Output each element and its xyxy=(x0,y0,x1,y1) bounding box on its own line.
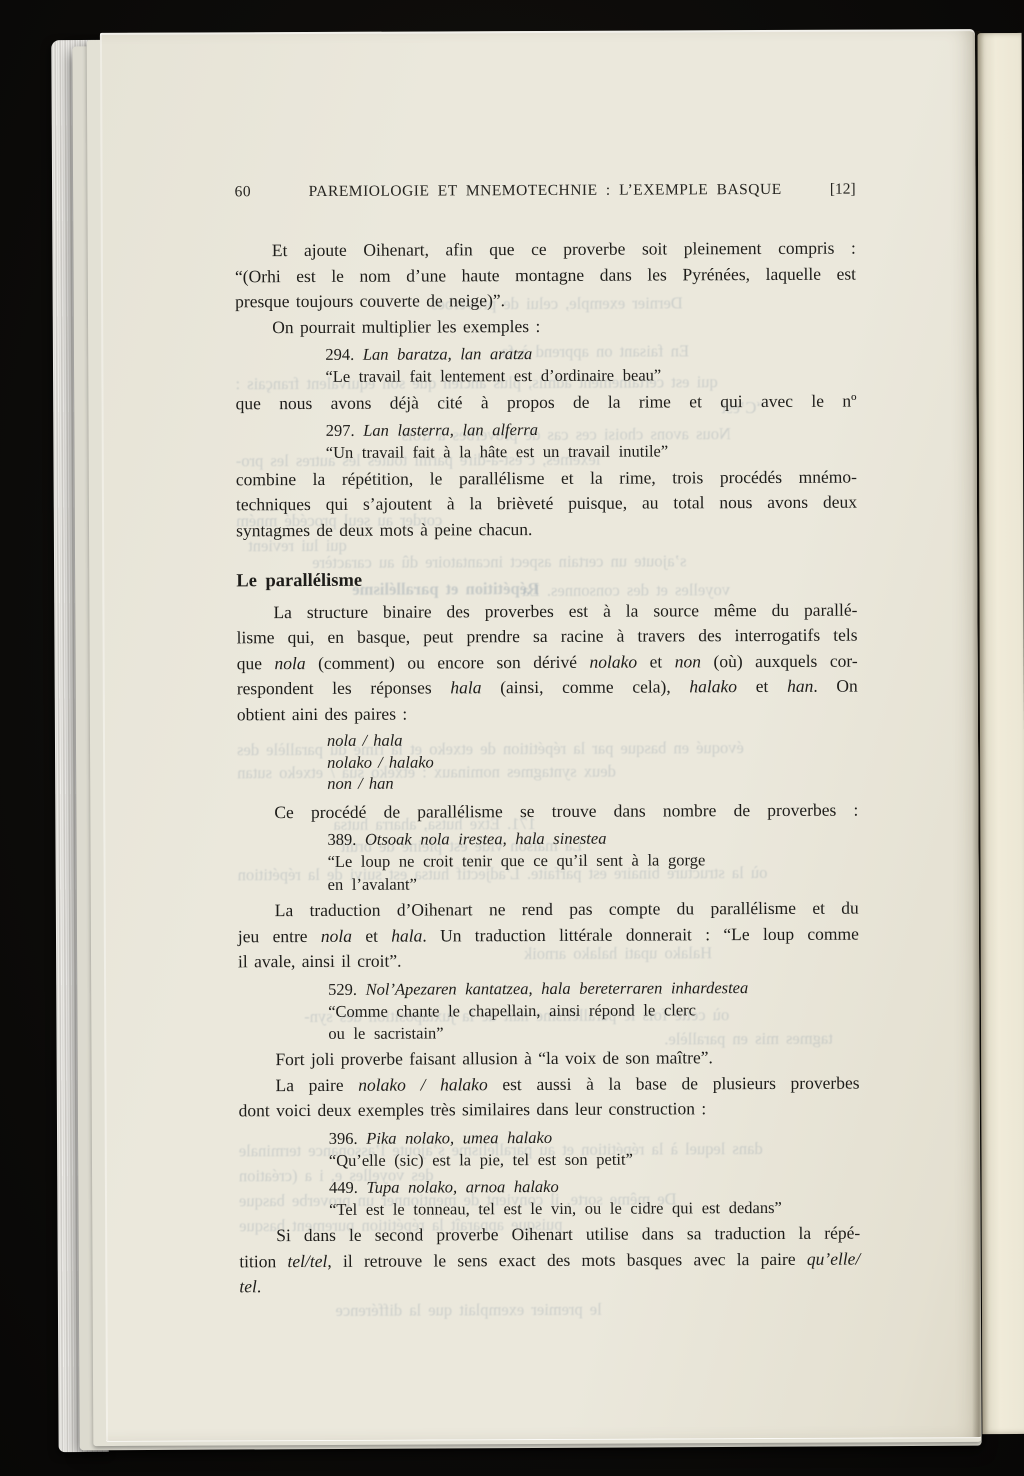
text-line: “Le travail fait lentement est d’ordinai… xyxy=(235,364,856,389)
text-line: “Un travail fait à la hâte est un travai… xyxy=(236,440,857,465)
text-line: que nola (comment) ou encore son dérivé … xyxy=(237,648,858,676)
text-line: en l’avalant” xyxy=(238,871,859,896)
paragraph: Ce procédé de parallélisme se trouve dan… xyxy=(237,797,858,825)
text-line: On pourrait multiplier les exemples : xyxy=(235,312,856,340)
text-line: lisme qui, en basque, peut prendre sa ra… xyxy=(237,623,858,651)
text-line: “(Orhi est le nom d’une haute montagne d… xyxy=(235,261,856,289)
paragraph: Fort joli proverbe faisant allusion à “l… xyxy=(238,1045,859,1073)
text-line: il avale, ainsi il croit”. xyxy=(238,947,859,975)
facing-page-sliver xyxy=(978,33,1024,1434)
page-number: 60 xyxy=(235,183,287,201)
proverb-quote: 297. Lan lasterra, lan alferra“Un travai… xyxy=(236,418,857,465)
running-header: 60 PAREMIOLOGIE ET MNEMOTECHNIE : L’EXEM… xyxy=(235,181,856,206)
text-line: Ce procédé de parallélisme se trouve dan… xyxy=(237,797,858,825)
text-line: respondent les réponses hala (ainsi, com… xyxy=(237,674,858,702)
text-line: dont voici deux exemples très similaires… xyxy=(239,1096,860,1124)
issue-number: [12] xyxy=(804,181,856,199)
text-line: “Tel est le tonneau, tel est le vin, ou … xyxy=(239,1196,860,1221)
text-line: La traduction d’Oihenart ne rend pas com… xyxy=(238,896,859,924)
text-line: Le parallélisme xyxy=(236,567,857,595)
text-line: “Le loup ne croit tenir que ce qu’il sen… xyxy=(238,849,859,874)
text-line: combine la répétition, le parallélisme e… xyxy=(236,464,857,492)
text-line: nola / hala xyxy=(237,728,858,752)
text-line: tition tel/tel, il retrouve le sens exac… xyxy=(239,1246,860,1274)
text-line: La structure binaire des proverbes est à… xyxy=(236,597,857,625)
paragraph: Et ajoute Oihenart, afin que ce proverbe… xyxy=(235,236,856,315)
page-body: Et ajoute Oihenart, afin que ce proverbe… xyxy=(235,236,861,1300)
text-line: 449. Tupa nolako, arnoa halako xyxy=(239,1174,860,1199)
proverb-quote: 294. Lan baratza, lan aratza“Le travail … xyxy=(235,342,856,389)
main-page: Dernier exemple, celui de proverbesEn fa… xyxy=(100,29,981,1441)
text-line: non / han xyxy=(237,771,858,795)
text-line: nolako / halako xyxy=(237,749,858,773)
text-line: ou le sacristain” xyxy=(238,1021,859,1046)
paragraph: Si dans le second proverbe Oihenart util… xyxy=(239,1221,860,1300)
text-line: techniques qui s’ajoutent à la brièveté … xyxy=(236,490,857,518)
proverb-quote: 389. Otsoak nola irestea, hala sinestea“… xyxy=(237,827,858,897)
text-line: jeu entre nola et hala. Un traduction li… xyxy=(238,921,859,949)
text-line: tel. xyxy=(239,1272,860,1300)
text-line: presque toujours couverte de neige)”. xyxy=(235,287,856,315)
proverb-quote: 396. Pika nolako, umea halako“Qu’elle (s… xyxy=(239,1126,860,1173)
text-line: 529. Nol’Apezaren kantatzea, hala berete… xyxy=(238,976,859,1001)
text-line: Fort joli proverbe faisant allusion à “l… xyxy=(238,1045,859,1073)
paragraph: On pourrait multiplier les exemples : xyxy=(235,312,856,340)
photo-backdrop: { "page": { "colors": { "background": "#… xyxy=(0,0,1024,1476)
text-line: que nous avons déjà cité à propos de la … xyxy=(235,388,856,416)
ghost-text: le premier exemplait que la différence xyxy=(335,1299,601,1322)
proverb-quote: 529. Nol’Apezaren kantatzea, hala berete… xyxy=(238,976,859,1046)
text-line: “Comme chante le chapellain, ainsi répon… xyxy=(238,998,859,1023)
paragraph: combine la répétition, le parallélisme e… xyxy=(236,464,857,543)
proverb-quote: 449. Tupa nolako, arnoa halako“Tel est l… xyxy=(239,1174,860,1221)
text-line: syntagmes de deux mots à peine chacun. xyxy=(236,515,857,543)
paragraph: La structure binaire des proverbes est à… xyxy=(236,597,858,727)
paragraph: que nous avons déjà cité à propos de la … xyxy=(235,388,856,416)
text-line: La paire nolako / halako est aussi à la … xyxy=(238,1071,859,1099)
section-heading: Le parallélisme xyxy=(236,567,857,595)
text-line: 297. Lan lasterra, lan alferra xyxy=(236,418,857,443)
text-line: “Qu’elle (sic) est la pie, tel est son p… xyxy=(239,1148,860,1173)
text-line: Si dans le second proverbe Oihenart util… xyxy=(239,1221,860,1249)
paragraph: La paire nolako / halako est aussi à la … xyxy=(238,1071,859,1125)
text-line: 389. Otsoak nola irestea, hala sinestea xyxy=(237,827,858,852)
pair-list: nola / halanolako / halakonon / han xyxy=(237,728,858,795)
paragraph: La traduction d’Oihenart ne rend pas com… xyxy=(238,896,859,975)
text-line: 396. Pika nolako, umea halako xyxy=(239,1126,860,1151)
text-line: Et ajoute Oihenart, afin que ce proverbe… xyxy=(235,236,856,264)
text-line: obtient aini des paires : xyxy=(237,699,858,727)
text-line: 294. Lan baratza, lan aratza xyxy=(235,342,856,367)
running-title: PAREMIOLOGIE ET MNEMOTECHNIE : L’EXEMPLE… xyxy=(287,181,804,201)
page-content: 60 PAREMIOLOGIE ET MNEMOTECHNIE : L’EXEM… xyxy=(235,181,861,1300)
